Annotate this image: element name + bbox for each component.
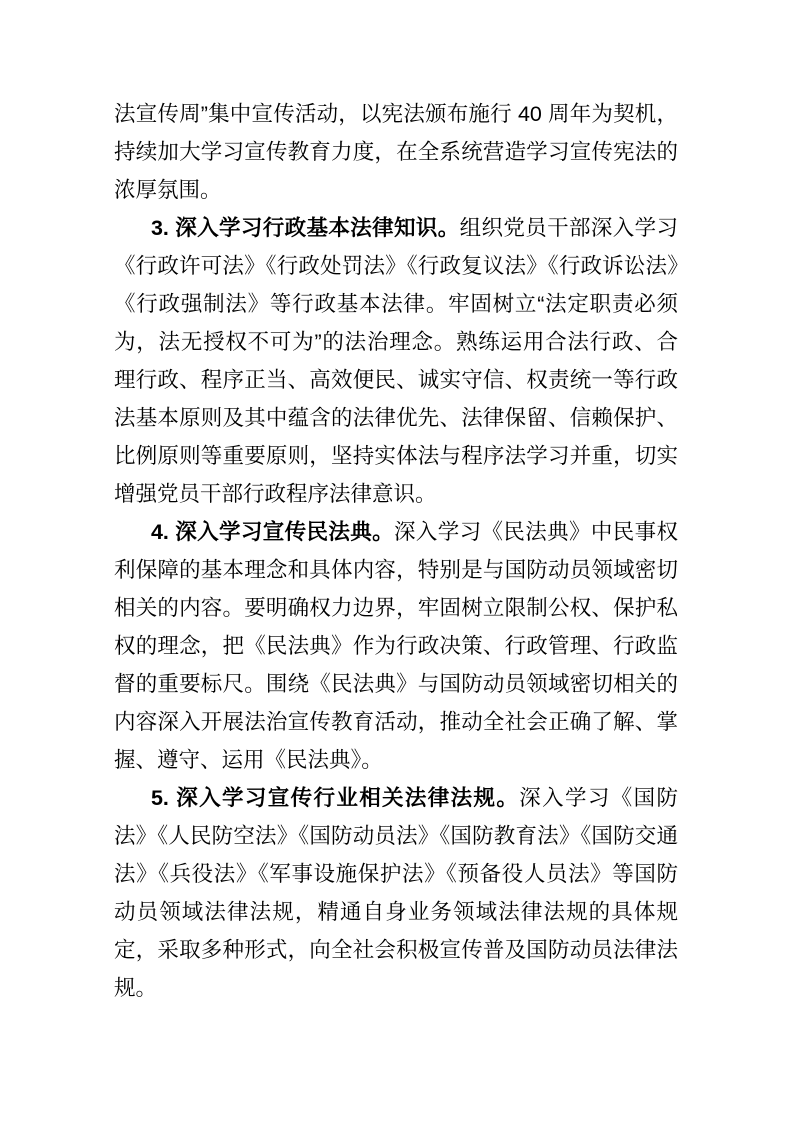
item-5-heading: 5. 深入学习宣传行业相关法律法规。 [151,786,519,810]
paragraph-continuation: 法宣传周”集中宣传活动，以宪法颁布施行 40 周年为契机，持续加大学习宣传教育力… [114,95,678,209]
paragraph-item-5: 5. 深入学习宣传行业相关法律法规。深入学习《国防法》《人民防空法》《国防动员法… [114,779,678,1007]
paragraph-item-4: 4. 深入学习宣传民法典。深入学习《民法典》中民事权利保障的基本理念和具体内容，… [114,513,678,779]
item-4-heading: 4. 深入学习宣传民法典。 [151,520,394,544]
paragraph-item-3: 3. 深入学习行政基本法律知识。组织党员干部深入学习《行政许可法》《行政处罚法》… [114,209,678,513]
paragraph-continuation-text: 法宣传周”集中宣传活动，以宪法颁布施行 40 周年为契机，持续加大学习宣传教育力… [114,102,678,202]
document-body: 法宣传周”集中宣传活动，以宪法颁布施行 40 周年为契机，持续加大学习宣传教育力… [114,95,678,1007]
document-page: 法宣传周”集中宣传活动，以宪法颁布施行 40 周年为契机，持续加大学习宣传教育力… [0,0,793,1122]
item-5-body-text: 深入学习《国防法》《人民防空法》《国防动员法》《国防教育法》《国防交通法》《兵役… [114,786,678,1000]
item-3-body-text: 组织党员干部深入学习《行政许可法》《行政处罚法》《行政复议法》《行政诉讼法》《行… [114,216,678,506]
item-4-body-text: 深入学习《民法典》中民事权利保障的基本理念和具体内容，特别是与国防动员领域密切相… [114,520,678,772]
item-3-heading: 3. 深入学习行政基本法律知识。 [151,216,460,240]
